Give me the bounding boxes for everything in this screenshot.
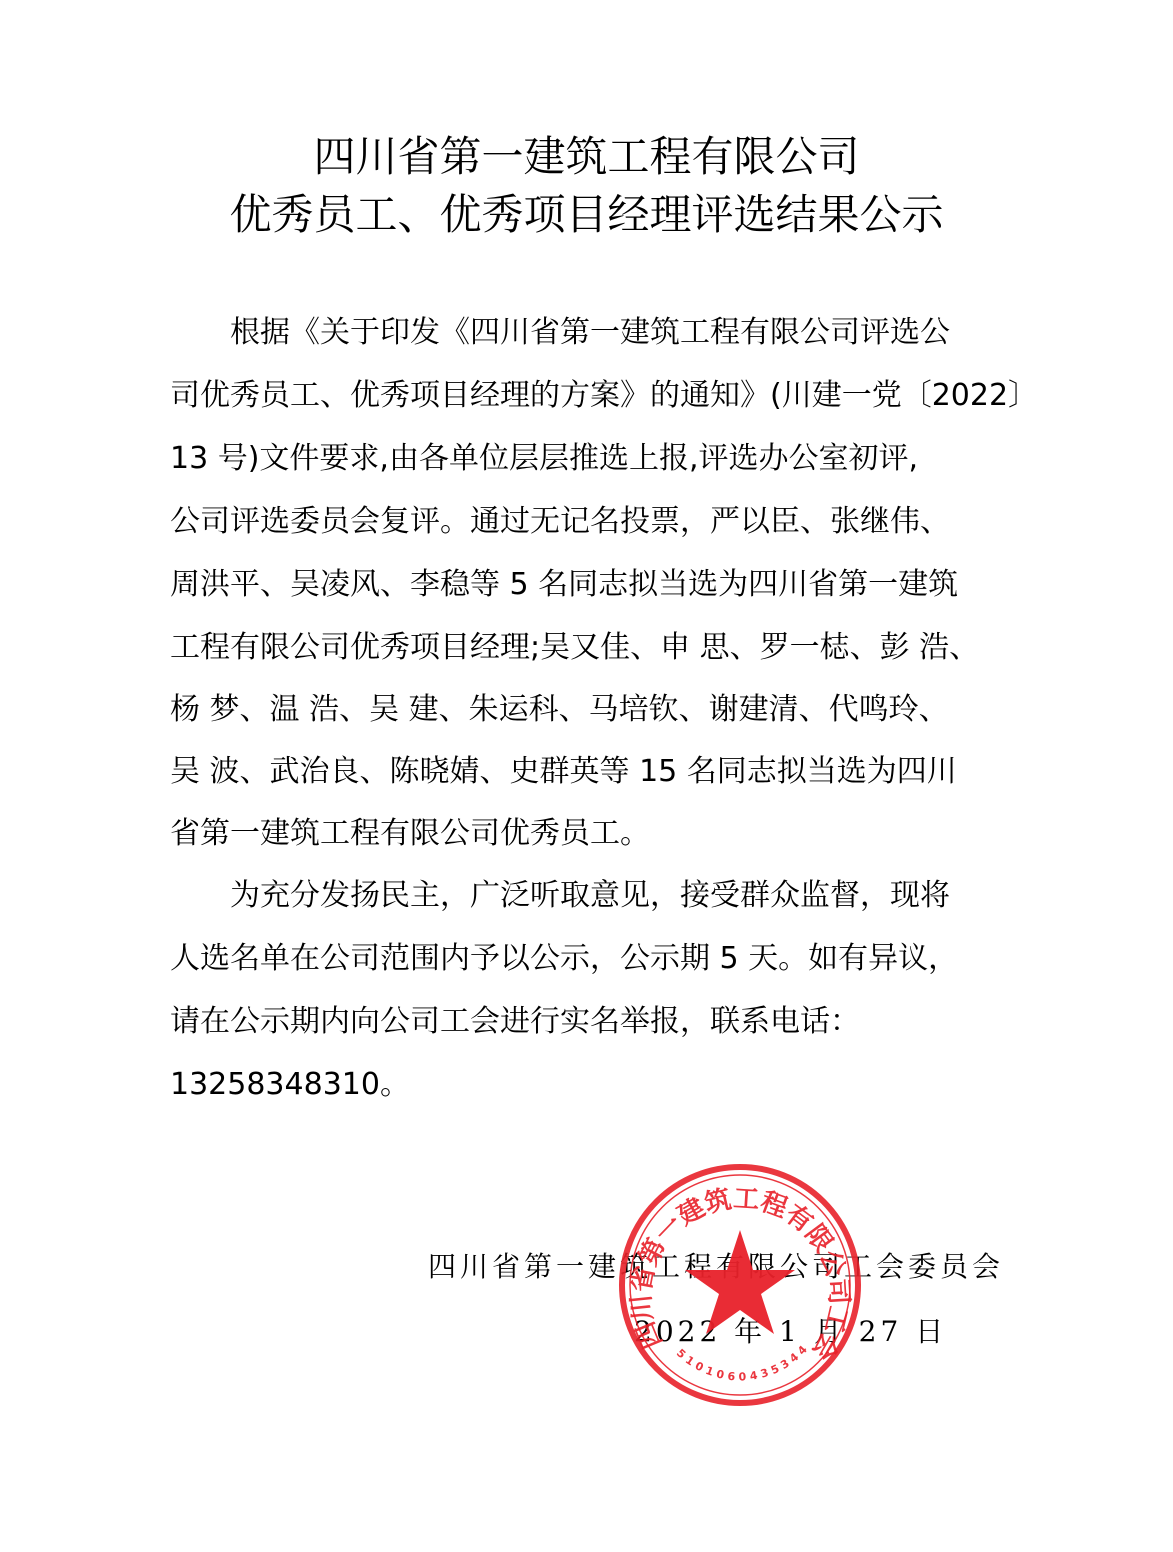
star-icon bbox=[685, 1230, 795, 1334]
body-line: 公司评选委员会复评。通过无记名投票，严以臣、张继伟、 bbox=[170, 502, 950, 542]
body-line: 请在公示期内向公司工会进行实名举报，联系电话： bbox=[170, 1002, 860, 1042]
official-seal-icon: 四川省第一建筑工程有限公司工会委员会 5101060435344 bbox=[615, 1160, 865, 1410]
body-line: 省第一建筑工程有限公司优秀员工。 bbox=[170, 814, 650, 854]
svg-text:5101060435344: 5101060435344 bbox=[674, 1340, 813, 1383]
body-line: 人选名单在公司范围内予以公示，公示期 5 天。如有异议， bbox=[170, 939, 958, 979]
seal-code: 5101060435344 bbox=[674, 1340, 813, 1383]
body-line: 为充分发扬民主，广泛听取意见，接受群众监督，现将 bbox=[170, 876, 950, 916]
body-line: 根据《关于印发《四川省第一建筑工程有限公司评选公 bbox=[170, 313, 950, 353]
body-line: 杨 梦、温 浩、吴 建、朱运科、马培钦、谢建清、代鸣玲、 bbox=[170, 690, 949, 730]
body-line: 13258348310。 bbox=[170, 1065, 410, 1105]
body-line: 周洪平、吴凌风、李稳等 5 名同志拟当选为四川省第一建筑 bbox=[170, 565, 958, 605]
body-line: 13 号)文件要求,由各单位层层推选上报,评选办公室初评, bbox=[170, 439, 918, 479]
body-line: 吴 波、武治良、陈晓婧、史群英等 15 名同志拟当选为四川 bbox=[170, 752, 957, 792]
title-line-2: 优秀员工、优秀项目经理评选结果公示 bbox=[0, 186, 1173, 244]
body-line: 司优秀员工、优秀项目经理的方案》的通知》(川建一党〔2022〕 bbox=[170, 376, 1038, 416]
title-line-1: 四川省第一建筑工程有限公司 bbox=[0, 128, 1173, 186]
body-line: 工程有限公司优秀项目经理;吴又佳、申 思、罗一梽、彭 浩、 bbox=[170, 628, 979, 668]
